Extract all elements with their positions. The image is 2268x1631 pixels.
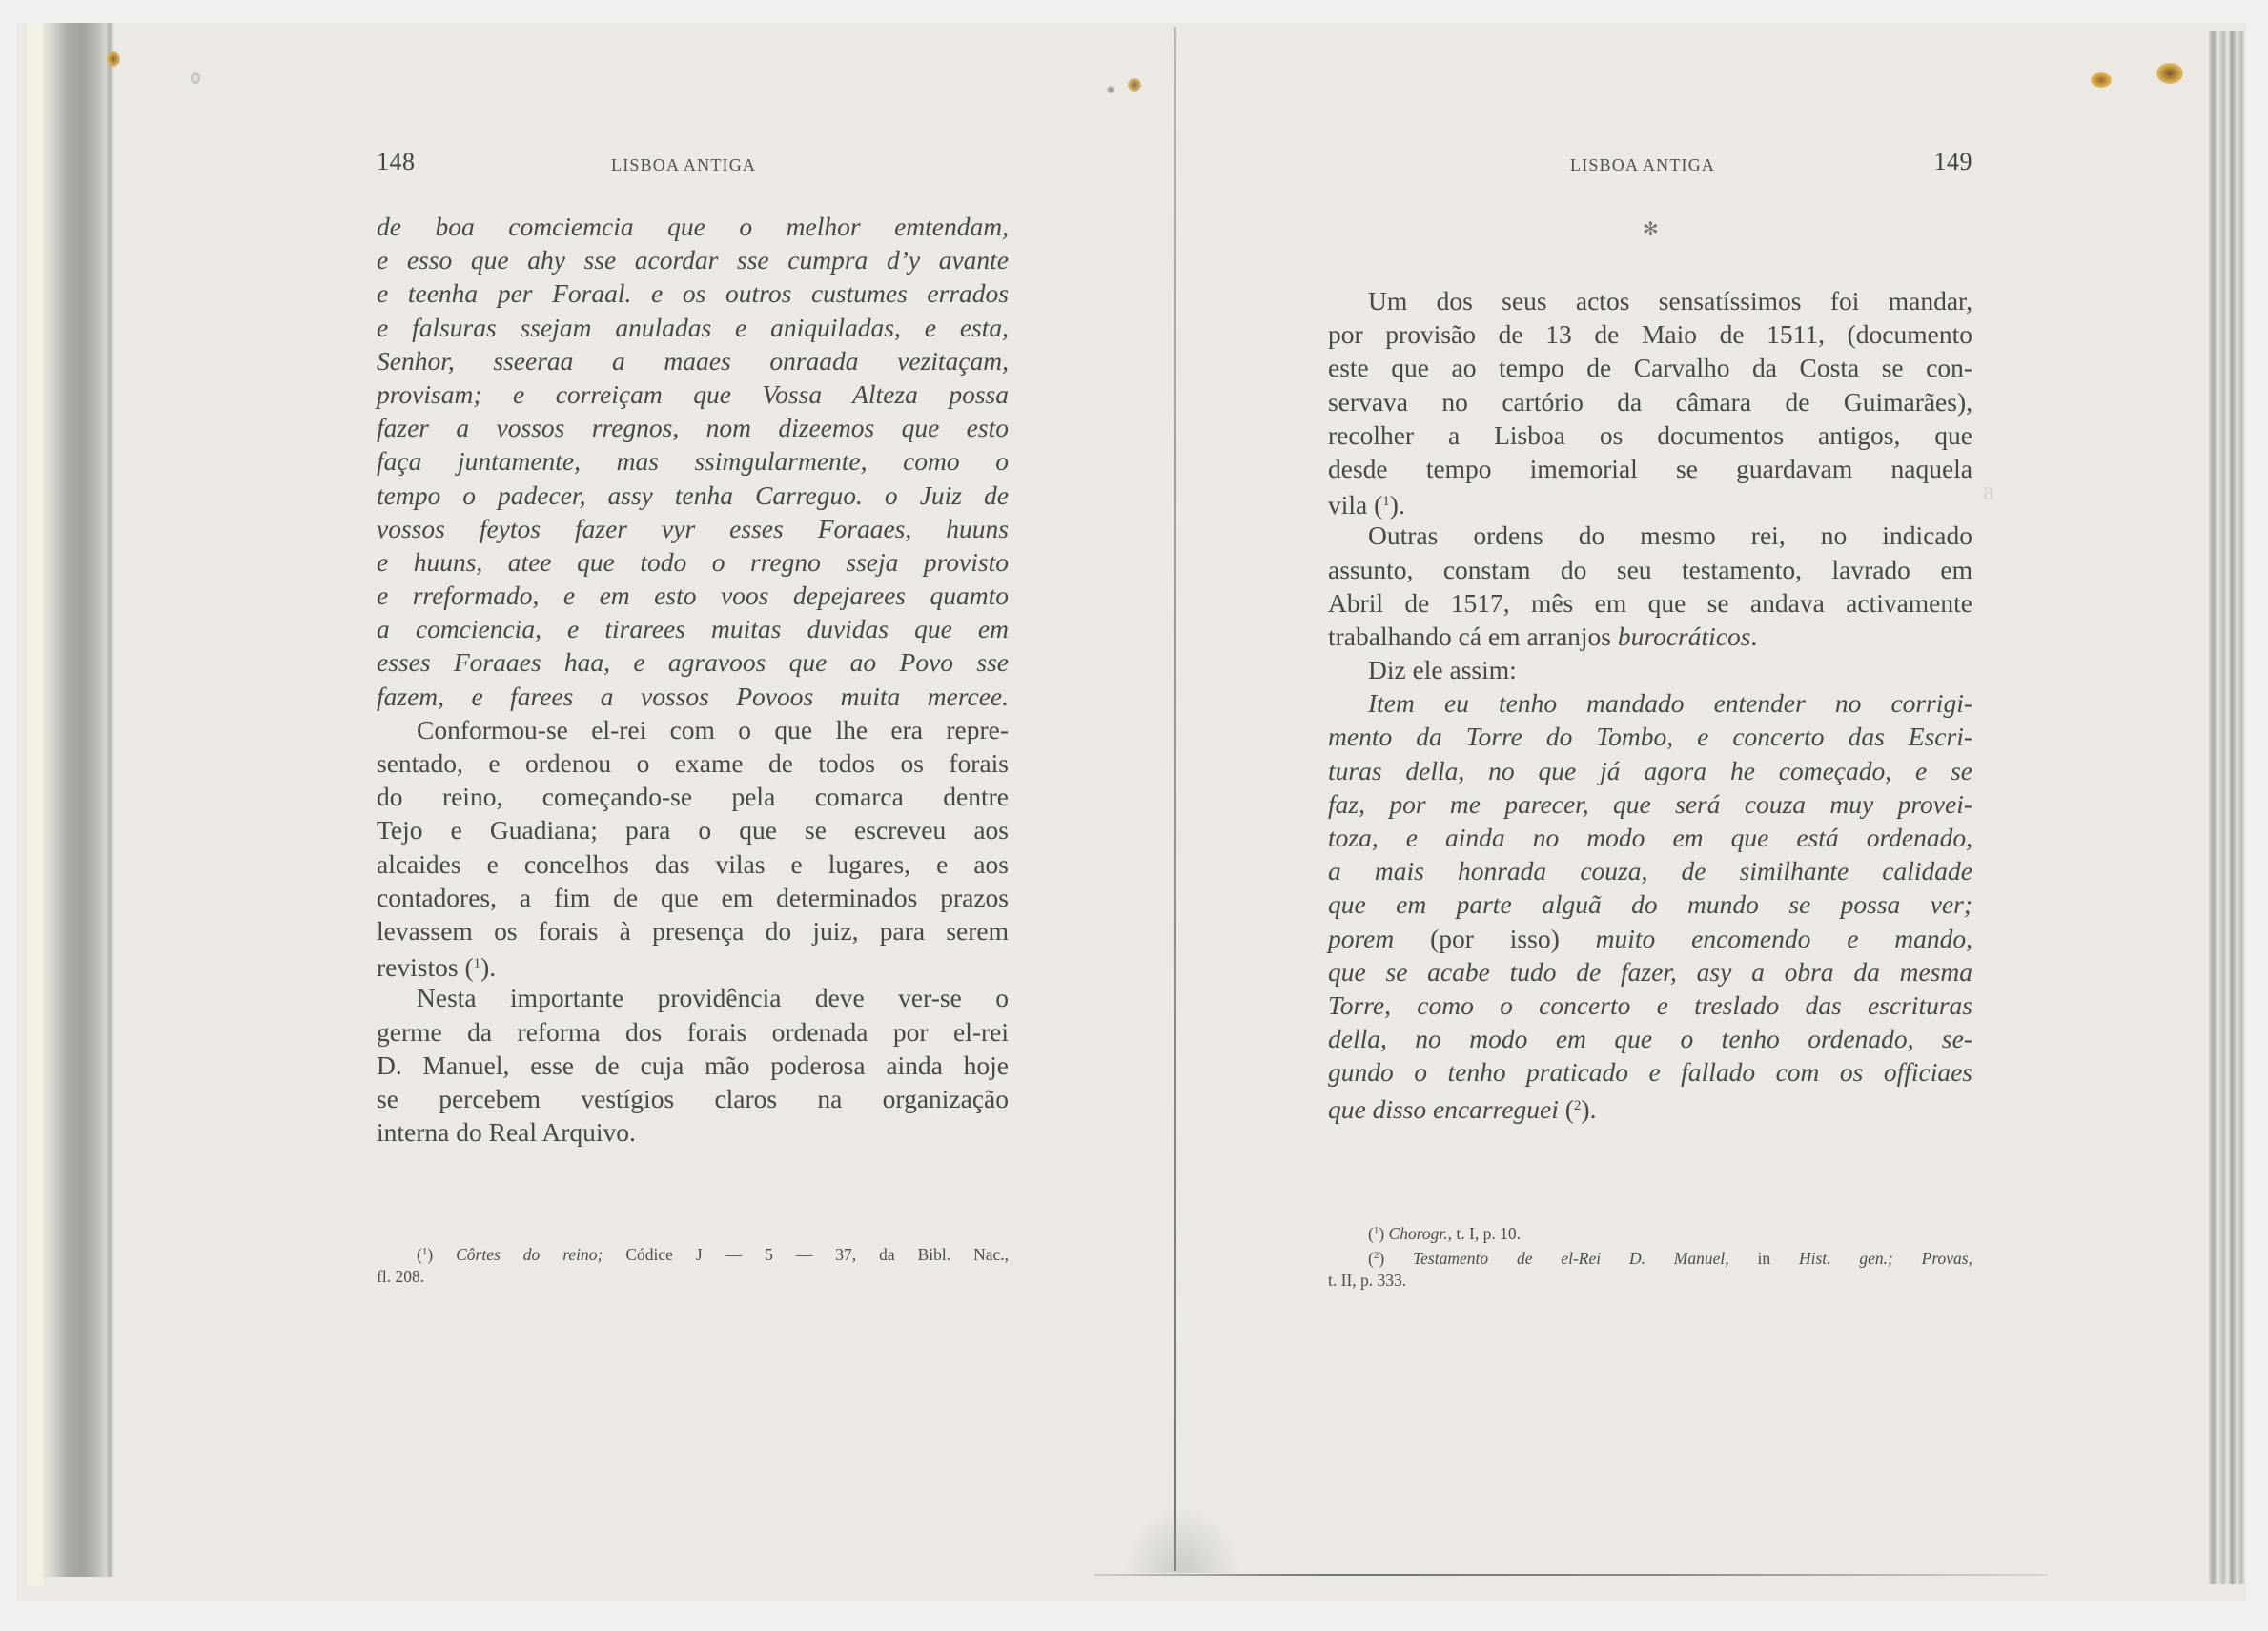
quote-line: provisam; e correiçam que Vossa Alteza p… [377,377,1009,411]
book-spine-shadow [43,23,114,1577]
paragraph-line: sentado, e ordenou o exame de todos os f… [377,746,1009,780]
quote-line: faz, por me parecer, que será couza muy … [1328,787,1972,821]
right-body: Um dos seus actos sensatíssimos foi mand… [1328,284,1972,1123]
footnote-title: Chorogr., [1389,1224,1452,1243]
paragraph-line: Outras ordens do mesmo rei, no indicado [1328,519,1972,552]
paragraph-line: desde tempo imemorial se guardavam naque… [1328,452,1972,485]
foxing-spot [107,51,120,67]
footnote-title: Côrtes do reino; [456,1245,603,1264]
left-body: de boa comciemcia que o melhor emtendam,… [377,210,1009,1149]
quote-line: fazem, e farees a vossos Povoos muita me… [377,680,1009,713]
paragraph-line: levassem os forais à presença do juiz, p… [377,914,1009,948]
binding-hole [1107,86,1114,93]
book-left-edge [27,23,44,1586]
italic-word: burocráticos [1618,622,1751,651]
quote-line: gundo o tenho praticado e fallado com os… [1328,1055,1972,1089]
gutter-shadow [1125,1506,1239,1573]
paragraph-line: Conformou-se el-rei com o que lhe era re… [377,713,1009,746]
footnote-title: Testamento de el-Rei D. Manuel, [1413,1249,1729,1268]
paragraph-text: trabalhando cá em arranjos [1328,622,1618,651]
quote-line: Torre, como o concerto e treslado das es… [1328,989,1972,1022]
paragraph-line: trabalhando cá em arranjos burocráticos. [1328,620,1972,653]
show-through-text: a [1983,477,1994,506]
page-number: 149 [1934,148,1973,176]
quote-line: porem (por isso) muito encomendo e mando… [1328,922,1972,955]
quote-line: e esso que ahy sse acordar sse cumpra d’… [377,243,1009,276]
punctuation: . [1590,1094,1597,1124]
paragraph-line: Abril de 1517, mês em que se andava acti… [1328,586,1972,620]
paragraph-line: por provisão de 13 de Maio de 1511, (doc… [1328,317,1972,351]
paragraph-line: recolher a Lisboa os documentos antigos,… [1328,418,1972,452]
footnote-ref[interactable]: 1 [1382,494,1390,509]
quote-line: vossos feytos fazer vyr esses Foraaes, h… [377,512,1009,545]
quote-line: que em parte alguã do mundo se possa ver… [1328,887,1972,921]
quote-line: a comciencia, e tirarees muitas duvidas … [377,612,1009,645]
quote-line: toza, e ainda no modo em que está ordena… [1328,821,1972,854]
quote-line: faça juntamente, mas ssimgularmente, com… [377,444,1009,478]
paragraph-line: Tejo e Guadiana; para o que se escreveu … [377,813,1009,846]
footnote-ref[interactable]: 1 [474,956,481,971]
footnote: (2) Testamento de el-Rei D. Manuel, in H… [1328,1245,1972,1270]
quote-line: Senhor, sseeraa a maaes onraada vezitaça… [377,344,1009,377]
paragraph-line: servava no cartório da câmara de Guimarã… [1328,385,1972,418]
quote-line: tempo o padecer, assy tenha Carreguo. o … [377,479,1009,512]
center-gutter [1174,27,1176,1571]
paragraph-line: assunto, constam do seu testamento, lavr… [1328,553,1972,586]
running-title: LISBOA ANTIGA [611,155,756,175]
paragraph-line: este que ao tempo de Carvalho da Costa s… [1328,351,1972,384]
quote-line: a mais honrada couza, de similhante cali… [1328,854,1972,887]
binding-hole [191,72,200,84]
footnote-marker: 1 [1374,1225,1379,1236]
quote-line: della, no modo em que o tenho ordenado, … [1328,1022,1972,1055]
punctuation: . [1399,490,1405,520]
quote-line: e huuns, atee que todo o rregno sseja pr… [377,545,1009,579]
paragraph-line: contadores, a fim de que em determinados… [377,881,1009,914]
quote-roman-text: (por isso) [1394,924,1595,953]
paragraph-line: se percebem vestígios claros na organiza… [377,1082,1009,1115]
paragraph-line: interna do Real Arquivo. [377,1115,1009,1149]
footnote-text: t. I, p. 10. [1452,1224,1521,1243]
punctuation: . [489,952,496,982]
left-footnotes: (1) Côrtes do reino; Códice J — 5 — 37, … [377,1241,1009,1288]
quote-text: porem [1328,924,1394,953]
quote-text: que disso encarreguei [1328,1094,1559,1124]
footnote: (1) Chorogr., t. I, p. 10. [1328,1220,1972,1245]
footnote-line: t. II, p. 333. [1328,1270,1972,1292]
quote-line: de boa comciemcia que o melhor emtendam, [377,210,1009,243]
page-bottom-edge [1094,1574,2048,1576]
paragraph-line: Nesta importante providência deve ver-se… [377,981,1009,1014]
quote-line: e rreformado, e em esto voos depejarees … [377,579,1009,612]
quote-line: esses Foraaes haa, e agravoos que ao Pov… [377,645,1009,679]
foxing-spot [2091,72,2112,88]
paragraph-line: D. Manuel, esse de cuja mão poderosa ain… [377,1049,1009,1082]
right-footnotes: (1) Chorogr., t. I, p. 10. (2) Testament… [1328,1220,1972,1292]
quote-line: e falsuras ssejam anuladas e aniquiladas… [377,311,1009,344]
paragraph-line: germe da reforma dos forais ordenada por… [377,1015,1009,1049]
footnote-text: Códice J — 5 — 37, da Bibl. Nac., [603,1245,1009,1264]
page-number: 148 [377,148,416,176]
quote-line: e teenha per Foraal. e os outros custume… [377,276,1009,310]
quote-line: turas della, no que já agora he começado… [1328,754,1972,787]
foxing-spot [2156,63,2183,84]
footnote-line: fl. 208. [377,1266,1009,1288]
page-stack-edge [2209,31,2245,1584]
paragraph-line: alcaides e concelhos das vilas e lugares… [377,847,1009,881]
footnote-marker: 2 [1374,1250,1379,1261]
foxing-spot [1128,78,1141,92]
paragraph-line: Um dos seus actos sensatíssimos foi mand… [1328,284,1972,317]
running-title: LISBOA ANTIGA [1570,155,1715,175]
paragraph-line: Diz ele assim: [1328,653,1972,686]
footnote-ref[interactable]: 2 [1574,1098,1582,1113]
right-running-head: LISBOA ANTIGA 149 [1328,151,1972,179]
left-running-head: 148 LISBOA ANTIGA [377,151,1009,179]
footnote-text: in [1729,1249,1799,1268]
footnote-title: Hist. gen.; Provas, [1799,1249,1972,1268]
ornament-asterisk: ✻ [1643,217,1659,241]
paragraph-text: vila [1328,490,1367,520]
quote-line: que disso encarreguei (2). [1328,1090,1972,1123]
paragraph-line: do reino, começando-se pela comarca dent… [377,780,1009,813]
quote-line: mento da Torre do Tombo, e concerto das … [1328,720,1972,753]
punctuation: . [1750,622,1757,651]
quote-line: Item eu tenho mandado entender no corrig… [1328,686,1972,720]
footnote: (1) Côrtes do reino; Códice J — 5 — 37, … [377,1241,1009,1266]
paragraph-line: vila (1). [1328,485,1972,519]
paragraph-line: revistos (1). [377,948,1009,981]
footnote-marker: 1 [422,1246,428,1257]
quote-line: que se acabe tudo de fazer, asy a obra d… [1328,955,1972,989]
paragraph-text: revistos [377,952,459,982]
quote-line: fazer a vossos rregnos, nom dizeemos que… [377,411,1009,444]
quote-text: muito encomendo e mando, [1596,924,1972,953]
